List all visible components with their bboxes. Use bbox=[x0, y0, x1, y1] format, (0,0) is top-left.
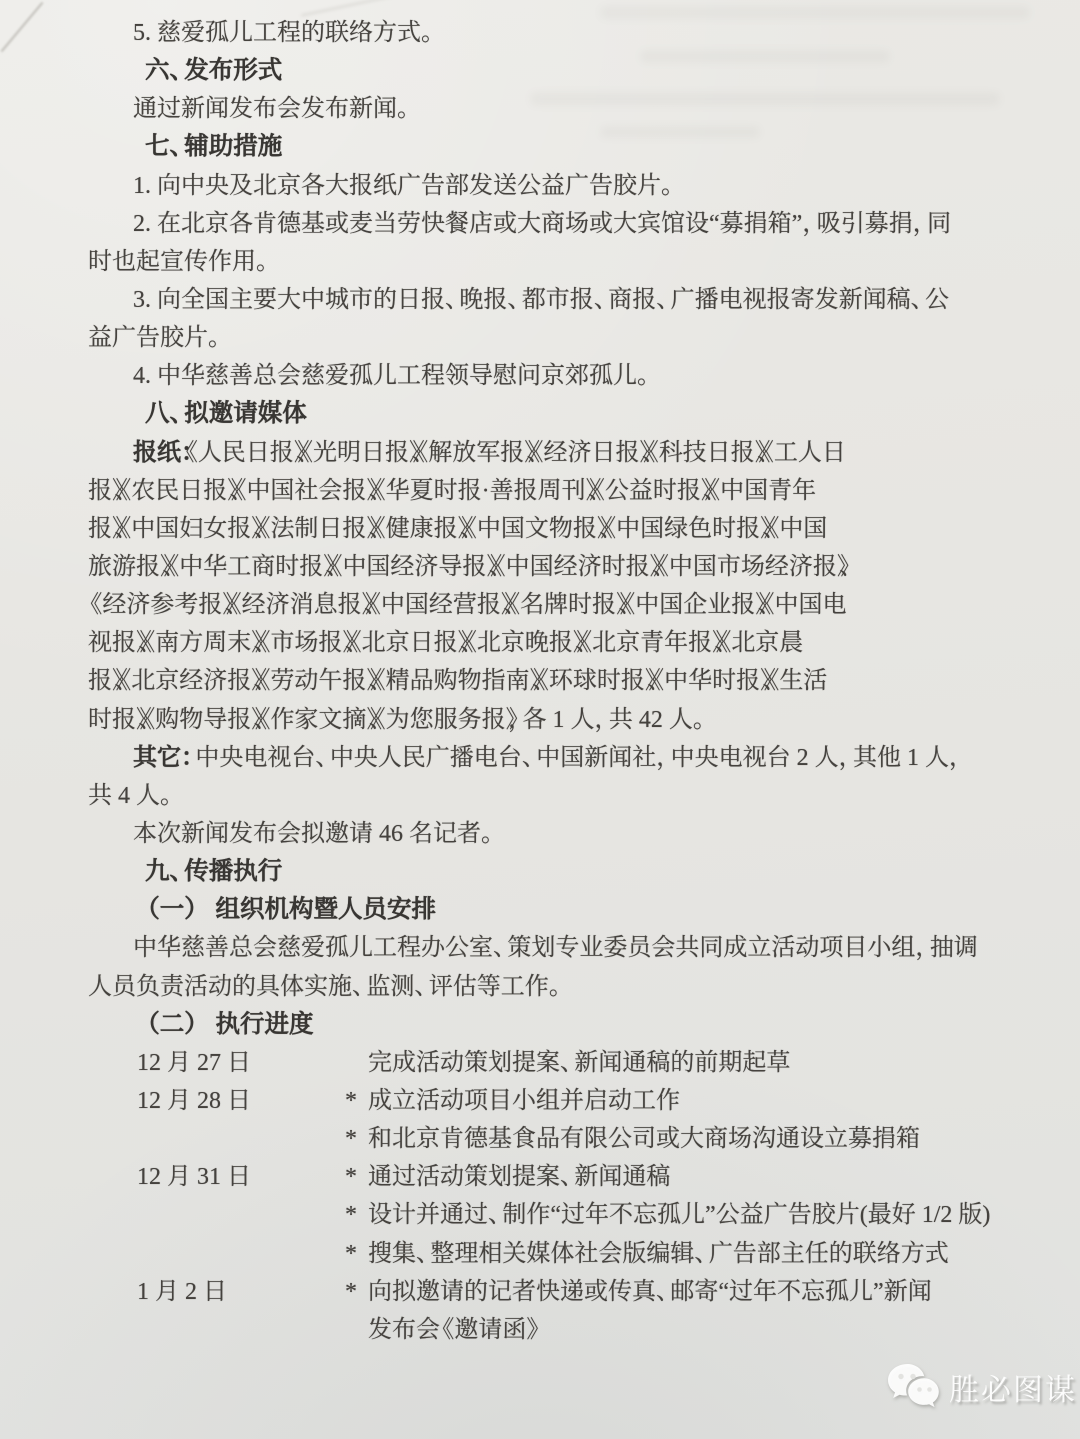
schedule-bullet: * bbox=[345, 1196, 368, 1234]
text-line: 4. 中华慈善总会慈爱孤儿工程领导慰问京郊孤儿。 bbox=[0, 357, 1080, 395]
schedule-text: 发布会《邀请函》 bbox=[368, 1317, 541, 1343]
section-heading: （一） 组织机构暨人员安排 bbox=[0, 891, 1080, 929]
text-line: 2. 在北京各肯德基或麦当劳快餐店或大商场或大宾馆设“募捐箱”，吸引募捐，同 bbox=[0, 205, 1080, 243]
schedule-text: 向拟邀请的记者快递或传真、邮寄“过年不忘孤儿”新闻 bbox=[368, 1279, 932, 1305]
schedule-row: 发布会《邀请函》 bbox=[0, 1311, 1080, 1349]
schedule-text: 设计并通过、制作“过年不忘孤儿”公益广告胶片(最好 1/2 版) bbox=[368, 1202, 990, 1228]
schedule-row: *搜集、整理相关媒体社会版编辑、广告部主任的联络方式 bbox=[0, 1235, 1080, 1273]
section-heading: 六、发布形式 bbox=[0, 52, 1080, 90]
schedule-text: 和北京肯德基食品有限公司或大商场沟通设立募捐箱 bbox=[368, 1126, 920, 1152]
text-line: 本次新闻发布会拟邀请 46 名记者。 bbox=[0, 815, 1080, 853]
document-body: 5. 慈爱孤儿工程的联络方式。六、发布形式通过新闻发布会发布新闻。七、辅助措施1… bbox=[0, 0, 1080, 1349]
text-line: 报》、《中国妇女报》、《法制日报》、《健康报》、《中国文物报》、《中国绿色时报》… bbox=[0, 510, 1080, 548]
line-lead: 其它： bbox=[133, 744, 195, 771]
schedule-bullet: * bbox=[345, 1273, 368, 1311]
text-line: 报》、《农民日报》、《中国社会报》、《华夏时报·善报周刊》、《公益时报》、《中国… bbox=[0, 472, 1080, 510]
section-heading: 九、传播执行 bbox=[0, 853, 1080, 891]
section-heading: 八、拟邀请媒体 bbox=[0, 395, 1080, 433]
wechat-icon bbox=[886, 1362, 942, 1412]
schedule-date: 1 月 2 日 bbox=[137, 1273, 345, 1311]
text-line: 《经济参考报》、《经济消息报》、《中国经营报》、《名牌时报》、《中国企业报》、《… bbox=[0, 586, 1080, 624]
text-line: 视报》、《南方周末》、《市场报》、《北京日报》、《北京晚报》、《北京青年报》、《… bbox=[0, 624, 1080, 662]
text-line: 旅游报》、《中华工商时报》、《中国经济导报》、《中国经济时报》、《中国市场经济报… bbox=[0, 548, 1080, 586]
schedule-text: 通过活动策划提案、新闻通稿 bbox=[368, 1164, 670, 1190]
schedule-row: 12 月 27 日完成活动策划提案、新闻通稿的前期起草 bbox=[0, 1044, 1080, 1082]
text-line: 时报》、《购物导报》、《作家文摘》、《为您服务报》，各 1 人，共 42 人。 bbox=[0, 701, 1080, 739]
text-line: 1. 向中央及北京各大报纸广告部发送公益广告胶片。 bbox=[0, 167, 1080, 205]
text-line: 报》、《北京经济报》、《劳动午报》、《精品购物指南》、《环球时报》、《中华时报》… bbox=[0, 662, 1080, 700]
schedule-bullet: * bbox=[345, 1158, 368, 1196]
schedule-row: 12 月 28 日*成立活动项目小组并启动工作 bbox=[0, 1082, 1080, 1120]
schedule-row: *设计并通过、制作“过年不忘孤儿”公益广告胶片(最好 1/2 版) bbox=[0, 1196, 1080, 1234]
schedule-text: 成立活动项目小组并启动工作 bbox=[368, 1088, 680, 1114]
schedule-bullet: * bbox=[345, 1235, 368, 1273]
text-line: 3. 向全国主要大中城市的日报、晚报、都市报、商报、广播电视报寄发新闻稿、公 bbox=[0, 281, 1080, 319]
schedule-row: 1 月 2 日*向拟邀请的记者快递或传真、邮寄“过年不忘孤儿”新闻 bbox=[0, 1273, 1080, 1311]
text-line: 5. 慈爱孤儿工程的联络方式。 bbox=[0, 14, 1080, 52]
section-heading: （二） 执行进度 bbox=[0, 1006, 1080, 1044]
text-line: 通过新闻发布会发布新闻。 bbox=[0, 90, 1080, 128]
scanned-document-page: 5. 慈爱孤儿工程的联络方式。六、发布形式通过新闻发布会发布新闻。七、辅助措施1… bbox=[0, 0, 1080, 1439]
text-line: 其它：中央电视台、中央人民广播电台、中国新闻社，中央电视台 2 人，其他 1 人… bbox=[0, 739, 1080, 777]
section-heading: 七、辅助措施 bbox=[0, 128, 1080, 166]
text-line: 共 4 人。 bbox=[0, 777, 1080, 815]
schedule-bullet: * bbox=[345, 1120, 368, 1158]
text-line: 人员负责活动的具体实施、监测、评估等工作。 bbox=[0, 968, 1080, 1006]
schedule-row: *和北京肯德基食品有限公司或大商场沟通设立募捐箱 bbox=[0, 1120, 1080, 1158]
schedule-bullet: * bbox=[345, 1082, 368, 1120]
text-line: 中华慈善总会慈爱孤儿工程办公室、策划专业委员会共同成立活动项目小组，抽调 bbox=[0, 929, 1080, 967]
schedule-text: 完成活动策划提案、新闻通稿的前期起草 bbox=[368, 1050, 790, 1076]
schedule-row: 12 月 31 日*通过活动策划提案、新闻通稿 bbox=[0, 1158, 1080, 1196]
schedule-date: 12 月 27 日 bbox=[137, 1044, 345, 1082]
watermark: 胜必图谋 bbox=[886, 1362, 1077, 1412]
schedule-text: 搜集、整理相关媒体社会版编辑、广告部主任的联络方式 bbox=[368, 1241, 949, 1267]
schedule-date: 12 月 28 日 bbox=[137, 1082, 345, 1120]
schedule-date: 12 月 31 日 bbox=[137, 1158, 345, 1196]
watermark-text: 胜必图谋 bbox=[949, 1365, 1077, 1409]
text-line: 报纸：《人民日报》、《光明日报》、《解放军报》、《经济日报》、《科技日报》、《工… bbox=[0, 434, 1080, 472]
text-line: 时也起宣传作用。 bbox=[0, 243, 1080, 281]
text-line: 益广告胶片。 bbox=[0, 319, 1080, 357]
